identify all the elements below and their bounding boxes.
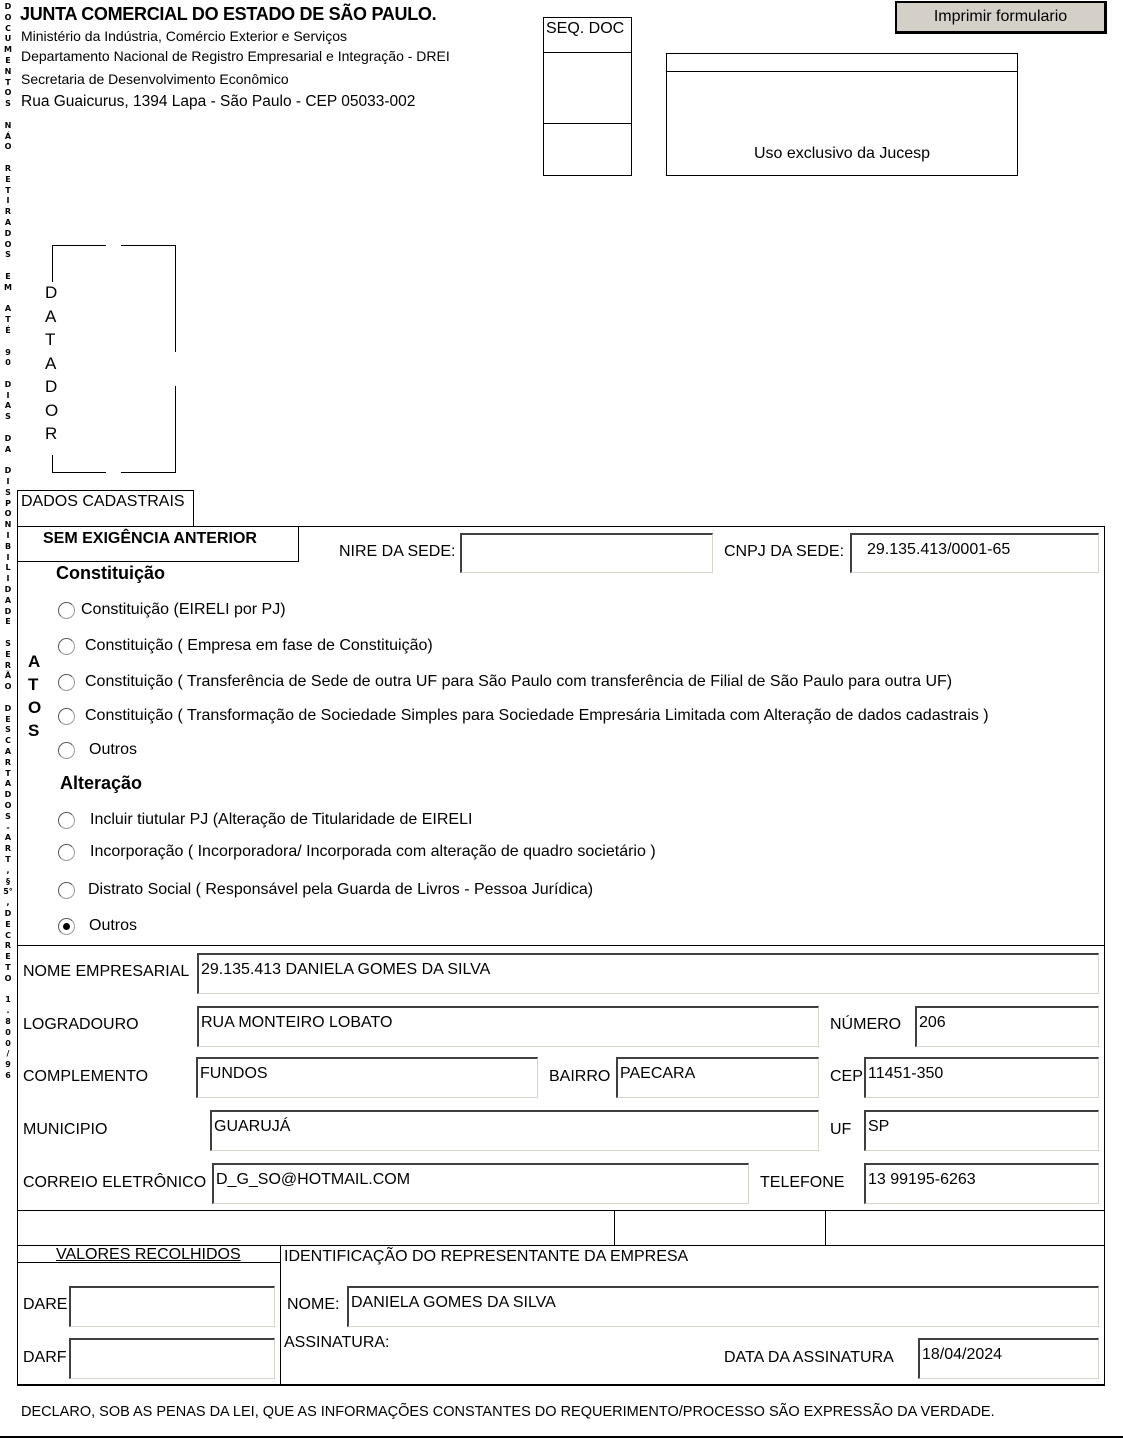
side-text-char: S [5,99,11,110]
telefone-label: TELEFONE [760,1174,844,1192]
radio-label: Incluir tiutular PJ (Alteração de Titula… [90,811,472,829]
radio-alteracao-incluir-titular[interactable]: Incluir tiutular PJ (Alteração de Titula… [58,811,472,829]
side-text-char: D [5,229,12,240]
radio-constituicao-outros[interactable]: Outros [58,741,137,759]
municipio-label: MUNICIPIO [23,1121,107,1139]
atos-label: A T O S [28,650,41,742]
datador-label: D A T A D O R [45,281,58,446]
radio-unchecked-icon[interactable] [58,708,75,725]
side-text-char: A [5,596,11,607]
side-text-char: 6 [5,1071,11,1082]
side-text-char: E [5,920,10,931]
side-text-char [7,985,10,996]
side-text-char: I [7,196,10,207]
data-assinatura-input[interactable]: 18/04/2024 [918,1338,1099,1379]
side-text-char [7,693,10,704]
side-text-char: T [5,769,10,780]
email-label: CORREIO ELETRÔNICO [23,1174,206,1192]
side-text-char: O [5,240,12,251]
side-text-char: A [5,747,11,758]
side-text-char: 0 [5,1039,11,1050]
divider [17,1210,1105,1211]
side-text-char: 9 [5,348,11,359]
side-text-char: T [5,963,10,974]
side-text-char: 8 [5,1017,11,1028]
side-text-char [7,423,10,434]
side-text-char: S [5,250,11,261]
radio-dot [63,923,70,930]
jucesp-exclusive-label: Uso exclusivo da Jucesp [667,145,1017,163]
email-input[interactable]: D_G_SO@HOTMAIL.COM [212,1163,749,1204]
side-text-char: 5° [3,887,13,898]
side-text-char: A [5,833,11,844]
complemento-input[interactable]: FUNDOS [196,1057,538,1098]
side-text-char: I [7,391,10,402]
bracket-line [121,472,176,473]
side-text-char: U [5,34,12,45]
side-text-char: D [5,704,12,715]
radio-unchecked-icon[interactable] [58,844,75,861]
side-text-char [7,337,10,348]
divider [825,1210,826,1245]
bairro-input[interactable]: PAECARA [616,1057,819,1098]
radio-constituicao-fase[interactable]: Constituição ( Empresa em fase de Consti… [58,637,433,655]
cnpj-label: CNPJ DA SEDE: [724,543,844,561]
side-text-char: D [5,380,12,391]
divider [17,945,1105,946]
side-text-char: N [5,520,12,531]
side-text-char: T [5,78,10,89]
atos-letter: O [28,696,41,719]
side-text-char [7,261,10,272]
bracket-line [52,245,53,282]
side-text-char: A [5,218,11,229]
radio-unchecked-icon[interactable] [58,674,75,691]
divider [17,1262,280,1263]
representante-nome-label: NOME: [287,1296,339,1314]
seq-doc-box: SEQ. DOC [543,17,632,176]
header-department: Departamento Nacional de Registro Empres… [21,48,450,64]
assinatura-label: ASSINATURA: [284,1334,390,1352]
side-text-char: O [5,682,12,693]
radio-alteracao-incorporacao[interactable]: Incorporação ( Incorporadora/ Incorporad… [58,843,656,861]
radio-checked-icon[interactable] [58,918,75,935]
side-text-char: B [5,542,11,553]
radio-unchecked-icon[interactable] [58,812,75,829]
uf-input[interactable]: SP [864,1110,1099,1151]
side-text-char: D [5,466,12,477]
side-text-char: I [7,531,10,542]
divider [667,71,1017,72]
data-assinatura-label: DATA DA ASSINATURA [724,1349,894,1367]
radio-constituicao-transferencia[interactable]: Constituição ( Transferência de Sede de … [58,673,952,691]
side-text-char: S [5,725,11,736]
side-text-char: D [5,790,12,801]
atos-letter: A [28,650,41,673]
bairro-label: BAIRRO [549,1068,610,1086]
side-text-char: § [6,877,10,888]
side-text-char: Á [5,132,11,143]
side-text-char: T [5,855,10,866]
side-text-char: E [5,650,10,661]
sem-exigencia-label: SEM EXIGÊNCIA ANTERIOR [17,526,299,562]
radio-label: Incorporação ( Incorporadora/ Incorporad… [90,843,656,861]
side-text-char: R [5,758,11,769]
side-text-char: M [4,45,12,56]
side-text-char: S [5,412,11,423]
side-text-char: E [5,952,10,963]
side-text-char [7,294,10,305]
bracket-line [175,245,176,352]
datador-letter: D [45,375,58,399]
side-text-char: T [5,186,10,197]
complemento-label: COMPLEMENTO [23,1068,148,1086]
radio-unchecked-icon[interactable] [58,638,75,655]
declaration-text: DECLARO, SOB AS PENAS DA LEI, QUE AS INF… [21,1404,995,1420]
radio-alteracao-distrato[interactable]: Distrato Social ( Responsável pela Guard… [58,881,593,899]
dare-input[interactable] [69,1286,275,1327]
side-text-char [7,369,10,380]
bracket-line [52,472,106,473]
side-text-char: R [5,207,11,218]
side-text-char: , [6,866,9,877]
cnpj-input[interactable]: 29.135.413/0001-65 [850,533,1099,573]
side-text-char: T [5,315,10,326]
side-text-char: P [5,499,11,510]
side-notice-vertical-text: DOCUMENTOS NÁO RETIRADOS EM ATÉ 90 DIAS … [3,2,13,1082]
divider [614,1210,615,1245]
side-text-char: I [7,477,10,488]
cep-label: CEP [830,1068,863,1086]
side-text-char: D [5,585,12,596]
side-text-char: S [5,812,11,823]
bracket-line [121,245,176,246]
print-form-button[interactable]: Imprimir formulario [895,1,1107,34]
darf-input[interactable] [69,1338,275,1379]
side-text-char: . [6,1006,9,1017]
side-text-char: E [5,617,10,628]
side-text-char: A [5,401,11,412]
representante-nome-input[interactable]: DANIELA GOMES DA SILVA [347,1286,1099,1327]
side-text-char [7,628,10,639]
side-text-char: D [5,909,12,920]
side-text-char: A [5,445,11,456]
side-text-char: E [5,715,10,726]
radio-label: Constituição ( Transformação de Sociedad… [85,707,989,725]
side-text-char: 0 [5,1028,11,1039]
radio-label: Constituição ( Empresa em fase de Consti… [85,637,433,655]
side-text-char: M [4,283,12,294]
side-text-char: O [5,801,12,812]
logradouro-input[interactable]: RUA MONTEIRO LOBATO [197,1006,819,1047]
side-text-char: , [6,898,9,909]
radio-label: Outros [89,741,137,759]
radio-unchecked-icon[interactable] [58,742,75,759]
datador-letter: A [45,305,58,329]
side-text-char: Ã [5,671,11,682]
numero-input[interactable]: 206 [915,1006,1099,1047]
telefone-input[interactable]: 13 99195-6263 [864,1163,1099,1204]
side-text-char: A [5,304,11,315]
side-text-char: S [5,639,11,650]
datador-letter: R [45,422,58,446]
side-text-char: D [5,2,12,13]
divider [544,52,631,53]
side-text-char: 0 [5,358,11,369]
radio-label: Distrato Social ( Responsável pela Guard… [88,881,593,899]
divider [544,123,631,124]
radio-constituicao-transformacao[interactable]: Constituição ( Transformação de Sociedad… [58,707,989,725]
representante-heading: IDENTIFICAÇÃO DO REPRESENTANTE DA EMPRES… [284,1248,688,1266]
side-text-char: A [5,779,11,790]
radio-unchecked-icon[interactable] [58,602,75,619]
side-text-char: R [5,164,11,175]
side-text-char: O [5,142,12,153]
darf-label: DARF [23,1349,67,1367]
bracket-line [52,455,53,473]
datador-letter: D [45,281,58,305]
side-text-char: R [5,661,11,672]
side-text-char: C [5,931,11,942]
uf-label: UF [830,1121,851,1139]
side-text-char: E [5,175,10,186]
divider [280,1245,281,1385]
side-text-char: L [5,563,10,574]
tab-dados-cadastrais: DADOS CADASTRAIS [17,490,194,527]
nome-empresarial-input[interactable]: 29.135.413 DANIELA GOMES DA SILVA [197,953,1099,994]
numero-label: NÚMERO [830,1016,901,1034]
side-text-char: 1 [5,995,11,1006]
seq-doc-label: SEQ. DOC [546,20,624,38]
alteracao-heading: Alteração [60,773,142,794]
side-text-char: D [5,607,12,618]
header-secretariat: Secretaria de Desenvolvimento Econômico [21,71,289,87]
side-text-char: É [5,326,10,337]
side-text-char: E [5,56,10,67]
atos-letter: S [28,719,41,742]
nome-empresarial-label: NOME EMPRESARIAL [23,963,189,981]
radio-unchecked-icon[interactable] [58,882,75,899]
logradouro-label: LOGRADOURO [23,1016,139,1034]
datador-letter: A [45,352,58,376]
side-text-char: N [5,67,12,78]
side-text-char: O [5,974,12,985]
radio-constituicao-eireli-pj[interactable]: Constituição (EIRELI por PJ) [58,601,286,619]
side-text-char: 9 [5,1060,11,1071]
side-text-char: R [5,844,11,855]
municipio-input[interactable]: GUARUJÁ [210,1110,819,1151]
constituicao-heading: Constituição [56,563,165,584]
header-address: Rua Guaicurus, 1394 Lapa - São Paulo - C… [21,93,415,111]
side-text-char: O [5,13,12,24]
side-text-char: O [5,509,12,520]
jucesp-exclusive-box: Uso exclusivo da Jucesp [666,53,1018,176]
dare-label: DARE [23,1296,67,1314]
side-text-char: N [5,121,12,132]
side-text-char: I [7,553,10,564]
bracket-line [175,386,176,473]
radio-label: Constituição ( Transferência de Sede de … [85,673,952,691]
header-title: JUNTA COMERCIAL DO ESTADO DE SÃO PAULO. [20,4,436,25]
side-text-char: D [5,434,12,445]
side-text-char [7,455,10,466]
atos-letter: T [28,673,41,696]
side-text-char: S [5,488,11,499]
side-text-char: O [5,88,12,99]
radio-label: Outros [89,917,137,935]
nire-label: NIRE DA SEDE: [339,543,455,561]
bracket-line [52,245,106,246]
side-text-char: C [5,736,11,747]
side-text-char: / [7,1049,10,1060]
nire-input[interactable] [460,533,713,573]
cep-input[interactable]: 11451-350 [864,1057,1099,1098]
radio-alteracao-outros[interactable]: Outros [58,917,137,935]
datador-letter: T [45,328,58,352]
side-text-char: I [7,574,10,585]
side-text-char: - [6,823,9,834]
radio-label: Constituição (EIRELI por PJ) [81,601,286,619]
header-ministry: Ministério da Indústria, Comércio Exteri… [21,28,347,44]
datador-letter: O [45,399,58,423]
side-text-char: R [5,941,11,952]
side-text-char [7,110,10,121]
side-text-char [7,153,10,164]
side-text-char: C [5,24,11,35]
side-text-char: E [5,272,10,283]
